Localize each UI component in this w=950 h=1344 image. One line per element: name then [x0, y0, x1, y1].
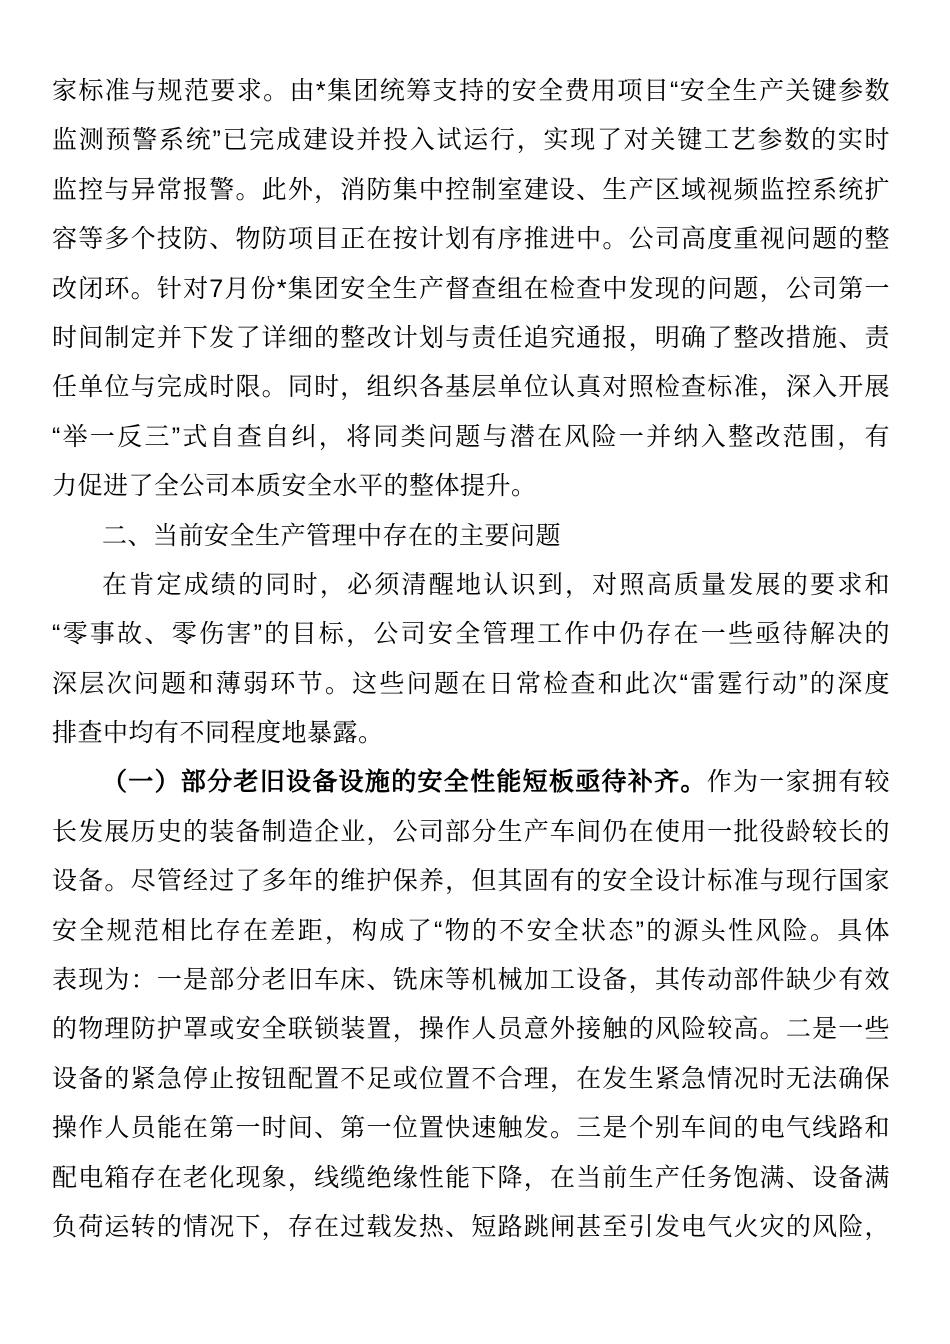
text-line: 设备的紧急停止按钮配置不足或位置不合理，在发生紧急情况时无法确保: [52, 1055, 890, 1104]
text-line: 配电箱存在老化现象，线缆绝缘性能下降，在当前生产任务饱满、设备满: [52, 1154, 890, 1203]
section-heading-text: 二、当前安全生产管理中存在的主要问题: [52, 512, 890, 561]
text-line: 容等多个技防、物防项目正在按计划有序推进中。公司高度重视问题的整: [52, 215, 890, 264]
text-line: 监测预警系统”已完成建设并投入试运行，实现了对关键工艺参数的实时: [52, 116, 890, 165]
paragraph-issue-1: （一）部分老旧设备设施的安全性能短板亟待补齐。作为一家拥有较 长发展历史的装备制…: [52, 758, 890, 1252]
text-line: 设备。尽管经过了多年的维护保养，但其固有的安全设计标准与现行国家: [52, 857, 890, 906]
text-line: 力促进了全公司本质安全水平的整体提升。: [52, 462, 890, 511]
text-line: 时间制定并下发了详细的整改计划与责任追究通报，明确了整改措施、责: [52, 314, 890, 363]
text-line: “零事故、零伤害”的目标，公司安全管理工作中仍存在一些亟待解决的: [52, 610, 890, 659]
text-line: 安全规范相比存在差距，构成了“物的不安全状态”的源头性风险。具体: [52, 907, 890, 956]
text-line: 监控与异常报警。此外，消防集中控制室建设、生产区域视频监控系统扩: [52, 166, 890, 215]
text-line: 在肯定成绩的同时，必须清醒地认识到，对照高质量发展的要求和: [52, 561, 890, 610]
paragraph-continuation: 家标准与规范要求。由*集团统筹支持的安全费用项目“安全生产关键参数 监测预警系统…: [52, 67, 890, 512]
document-page: 家标准与规范要求。由*集团统筹支持的安全费用项目“安全生产关键参数 监测预警系统…: [0, 0, 950, 1344]
text-line: 排查中均有不同程度地暴露。: [52, 709, 890, 758]
text-line: 深层次问题和薄弱环节。这些问题在日常检查和此次“雷霆行动”的深度: [52, 660, 890, 709]
text-line: 改闭环。针对7月份*集团安全生产督查组在检查中发现的问题，公司第一: [52, 265, 890, 314]
bold-lead-text: （一）部分老旧设备设施的安全性能短板亟待补齐。: [102, 768, 707, 796]
section-heading-2: 二、当前安全生产管理中存在的主要问题: [52, 512, 890, 561]
lead-rest-text: 作为一家拥有较: [707, 768, 890, 796]
text-line: 家标准与规范要求。由*集团统筹支持的安全费用项目“安全生产关键参数: [52, 67, 890, 116]
text-line: 长发展历史的装备制造企业，公司部分生产车间仍在使用一批役龄较长的: [52, 808, 890, 857]
paragraph-overview: 在肯定成绩的同时，必须清醒地认识到，对照高质量发展的要求和 “零事故、零伤害”的…: [52, 561, 890, 759]
text-line: “举一反三”式自查自纠，将同类问题与潜在风险一并纳入整改范围，有: [52, 413, 890, 462]
text-line: 操作人员能在第一时间、第一位置快速触发。三是个别车间的电气线路和: [52, 1104, 890, 1153]
text-line: 负荷运转的情况下，存在过载发热、短路跳闸甚至引发电气火灾的风险，: [52, 1203, 890, 1252]
text-line: 的物理防护罩或安全联锁装置，操作人员意外接触的风险较高。二是一些: [52, 1005, 890, 1054]
text-line: （一）部分老旧设备设施的安全性能短板亟待补齐。作为一家拥有较: [52, 758, 890, 807]
text-line: 任单位与完成时限。同时，组织各基层单位认真对照检查标准，深入开展: [52, 363, 890, 412]
text-line: 表现为：一是部分老旧车床、铣床等机械加工设备，其传动部件缺少有效: [52, 956, 890, 1005]
